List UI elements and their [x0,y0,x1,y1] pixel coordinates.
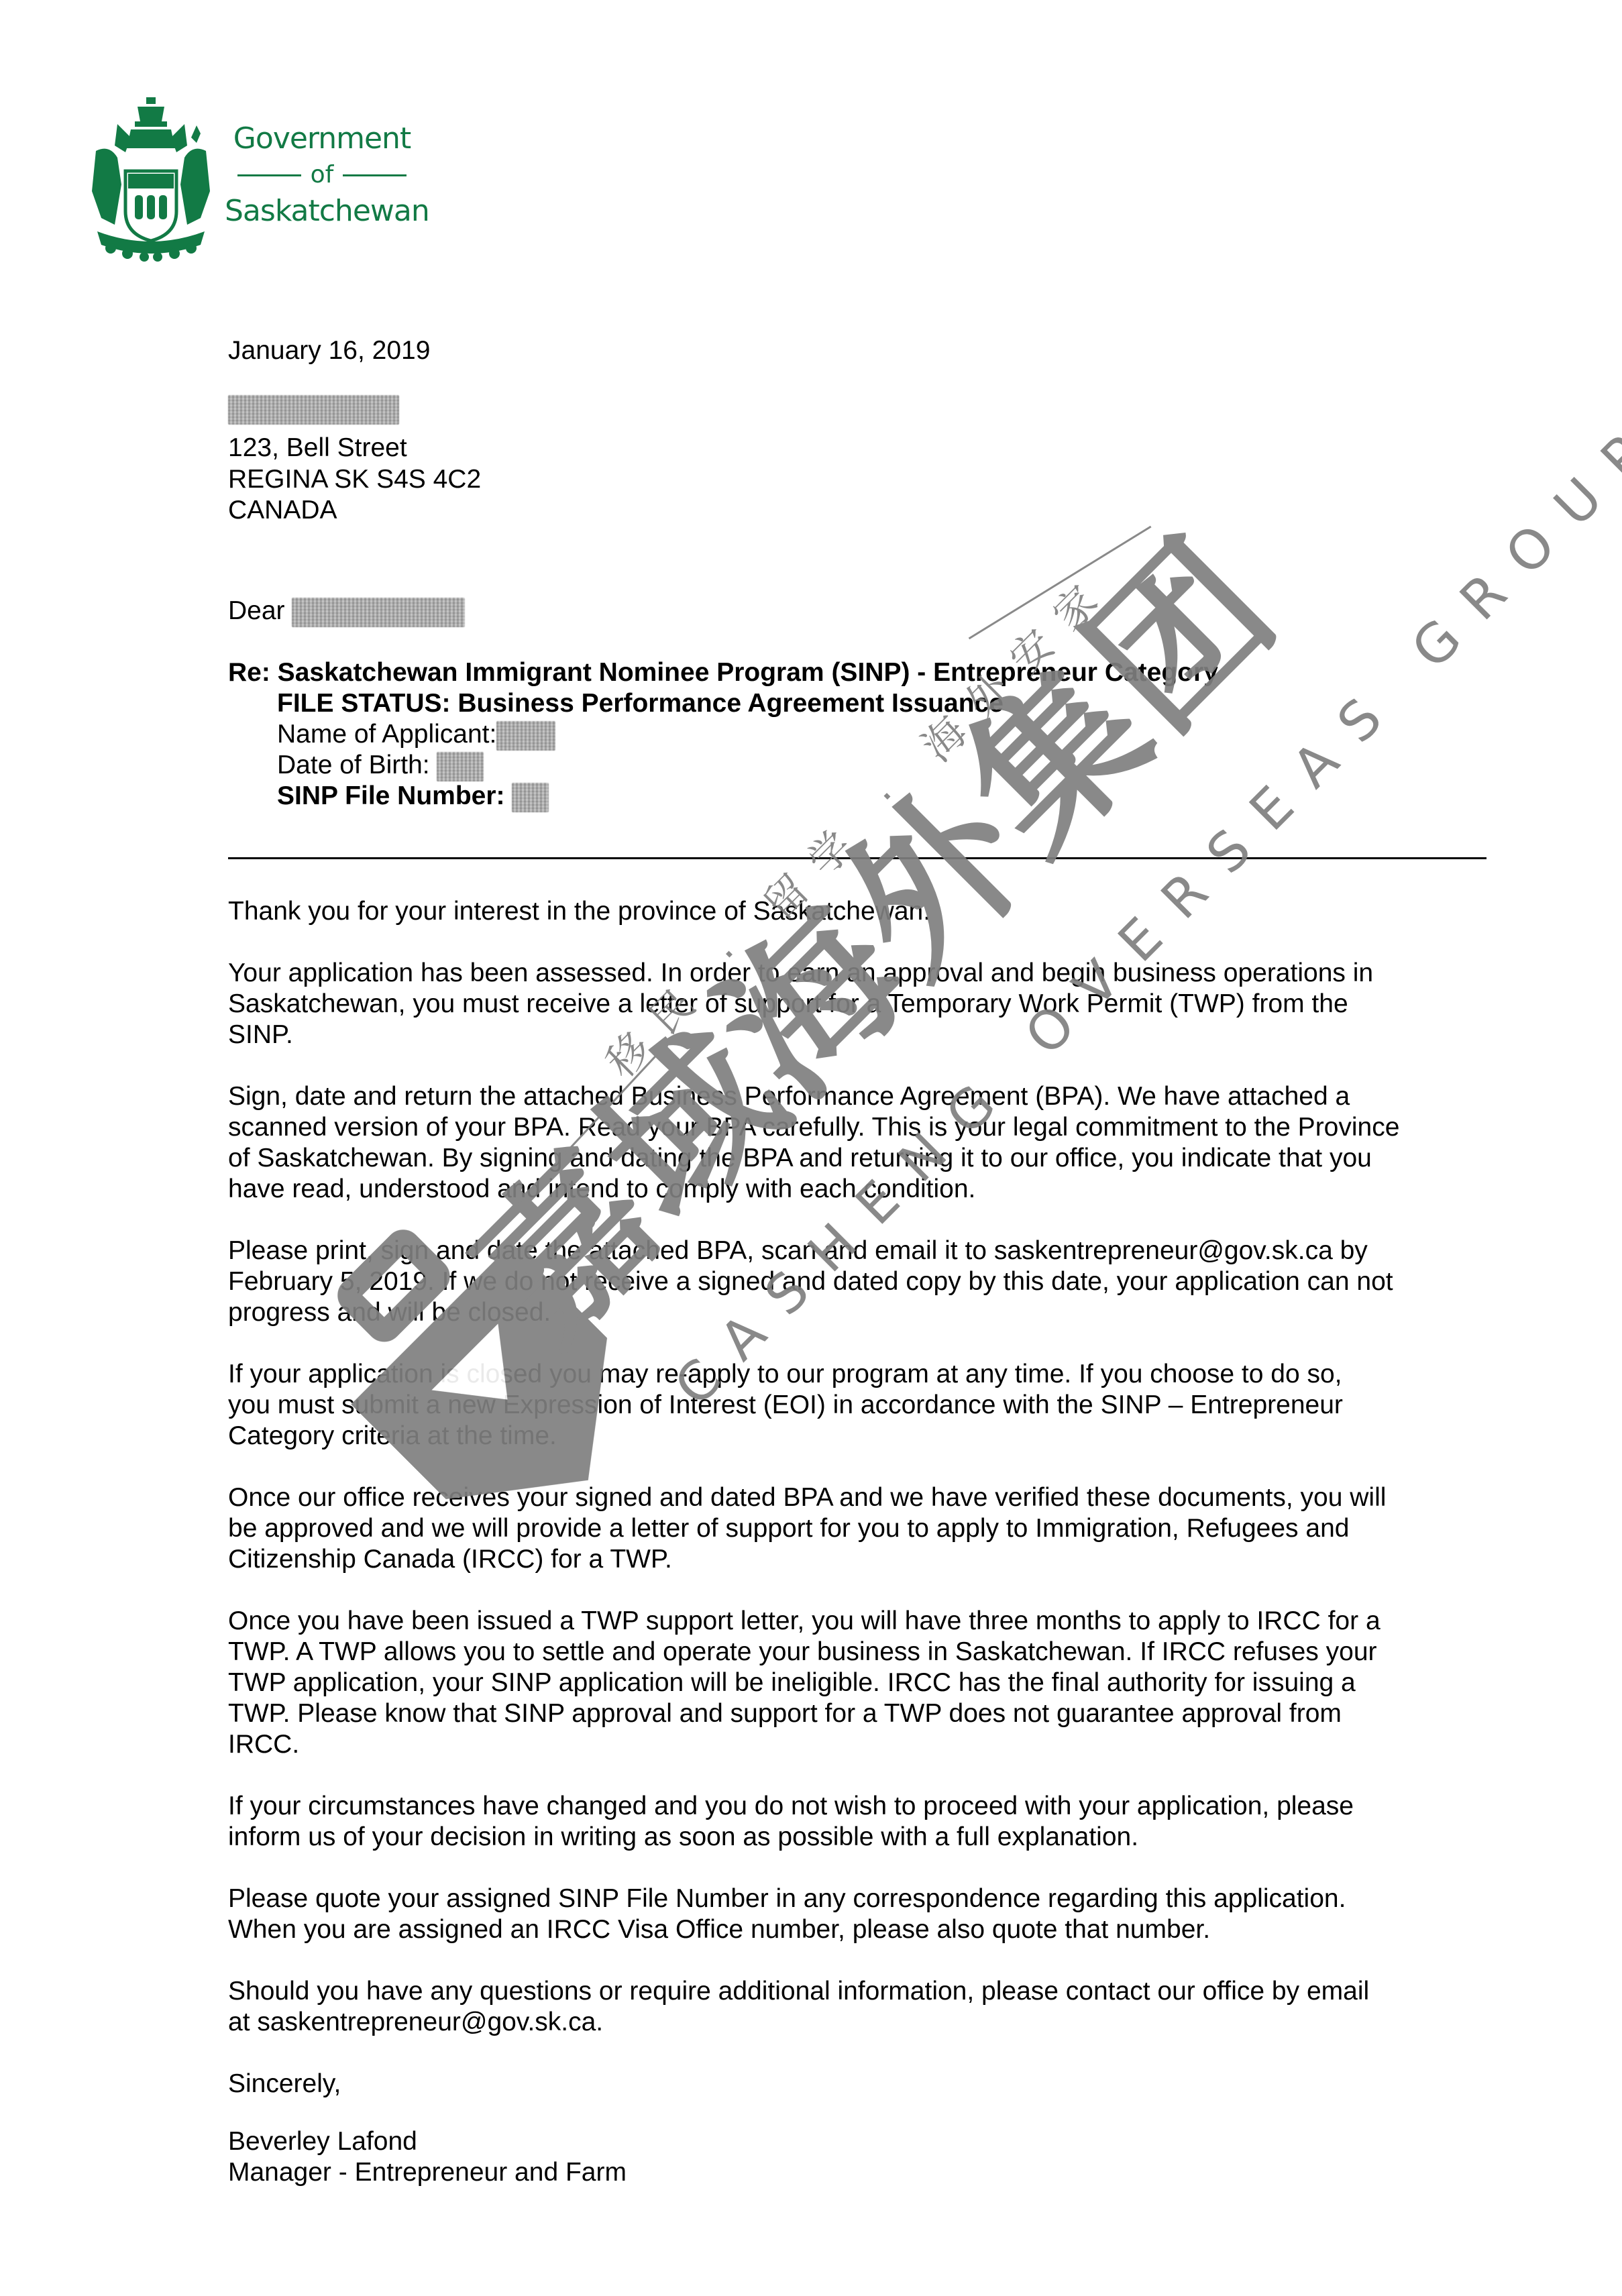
government-wordmark: Government of Saskatchewan [225,119,419,231]
redacted-file-number [512,783,549,812]
body-paragraph: If your circumstances have changed and y… [228,1791,1503,1853]
paragraph-line: Please print, sign and date the attached… [228,1236,1503,1266]
paragraph-line: be approved and we will provide a letter… [228,1513,1503,1544]
divider-right [343,174,407,176]
paragraph-line: Your application has been assessed. In o… [228,958,1503,989]
paragraph-line: at saskentrepreneur@gov.sk.ca. [228,2007,1503,2038]
applicant-name-row: Name of Applicant: [277,719,555,751]
paragraph-line: Once you have been issued a TWP support … [228,1606,1503,1637]
paragraph-line: inform us of your decision in writing as… [228,1822,1503,1853]
paragraph-line: TWP application, your SINP application w… [228,1668,1503,1698]
letter-page: Government of Saskatchewan January 16, 2… [0,0,1622,2296]
applicant-name-label: Name of Applicant: [277,720,496,749]
paragraph-line: February 5, 2019. If we do not receive a… [228,1266,1503,1297]
paragraph-line: SINP. [228,1020,1503,1050]
paragraph-line: progress and will be closed. [228,1297,1503,1328]
body-paragraph: Please print, sign and date the attached… [228,1236,1503,1328]
body-paragraph: Sign, date and return the attached Busin… [228,1081,1503,1205]
body-paragraph: If your application is closed you may re… [228,1359,1503,1452]
recipient-name [228,393,399,425]
letter-date: January 16, 2019 [228,335,430,366]
body-paragraph: Should you have any questions or require… [228,1976,1503,2038]
redacted-recipient-name [228,395,399,425]
org-line-3: Saskatchewan [225,192,419,231]
subject-re-line: Re: Saskatchewan Immigrant Nominee Progr… [228,657,1218,688]
valediction: Sincerely, [228,2069,341,2099]
paragraph-line: IRCC. [228,1729,1503,1760]
paragraph-line: When you are assigned an IRCC Visa Offic… [228,1914,1503,1945]
file-status: FILE STATUS: Business Performance Agreem… [277,688,1004,719]
divider-left [237,174,301,176]
paragraph-line: Should you have any questions or require… [228,1976,1503,2007]
redacted-applicant-name [496,721,555,751]
org-line-1: Government [225,119,419,158]
paragraph-line: Citizenship Canada (IRCC) for a TWP. [228,1544,1503,1575]
body-paragraph: Once you have been issued a TWP support … [228,1606,1503,1760]
paragraph-line: Sign, date and return the attached Busin… [228,1081,1503,1112]
paragraph-line: you must submit a new Expression of Inte… [228,1390,1503,1421]
paragraph-line: of Saskatchewan. By signing and dating t… [228,1143,1503,1174]
paragraph-line: Saskatchewan, you must receive a letter … [228,989,1503,1020]
address-line-1: 123, Bell Street [228,433,407,463]
paragraph-line: scanned version of your BPA. Read your B… [228,1112,1503,1143]
salutation-prefix: Dear [228,596,285,625]
paragraph-line: Please quote your assigned SINP File Num… [228,1883,1503,1914]
date-of-birth-row: Date of Birth: [277,750,484,781]
salutation: Dear [228,596,465,627]
paragraph-line: Once our office receives your signed and… [228,1482,1503,1513]
signer-name: Beverley Lafond [228,2126,417,2157]
horizontal-rule [228,857,1486,859]
paragraph-line: TWP. A TWP allows you to settle and oper… [228,1637,1503,1668]
paragraph-line: Category criteria at the time. [228,1421,1503,1452]
body-paragraph: Once our office receives your signed and… [228,1482,1503,1575]
body-paragraph: Thank you for your interest in the provi… [228,896,1503,927]
address-line-3: CANADA [228,495,337,526]
paragraph-line: have read, understood and intend to comp… [228,1174,1503,1205]
org-line-2-row: of [225,158,419,192]
org-line-2: of [311,158,334,192]
redacted-salutation-name [292,598,465,627]
signer-title: Manager - Entrepreneur and Farm [228,2157,627,2188]
file-number-row: SINP File Number: [277,781,549,812]
paragraph-line: If your circumstances have changed and y… [228,1791,1503,1822]
redacted-date-of-birth [437,752,484,781]
paragraph-line: TWP. Please know that SINP approval and … [228,1698,1503,1729]
date-of-birth-label: Date of Birth: [277,751,430,779]
coat-of-arms-icon [91,97,211,262]
paragraph-line: If your application is closed you may re… [228,1359,1503,1390]
file-number-label: SINP File Number: [277,781,505,810]
body-paragraph: Your application has been assessed. In o… [228,958,1503,1050]
body-paragraph: Please quote your assigned SINP File Num… [228,1883,1503,1945]
address-line-2: REGINA SK S4S 4C2 [228,464,481,495]
paragraph-line: Thank you for your interest in the provi… [228,896,1503,927]
